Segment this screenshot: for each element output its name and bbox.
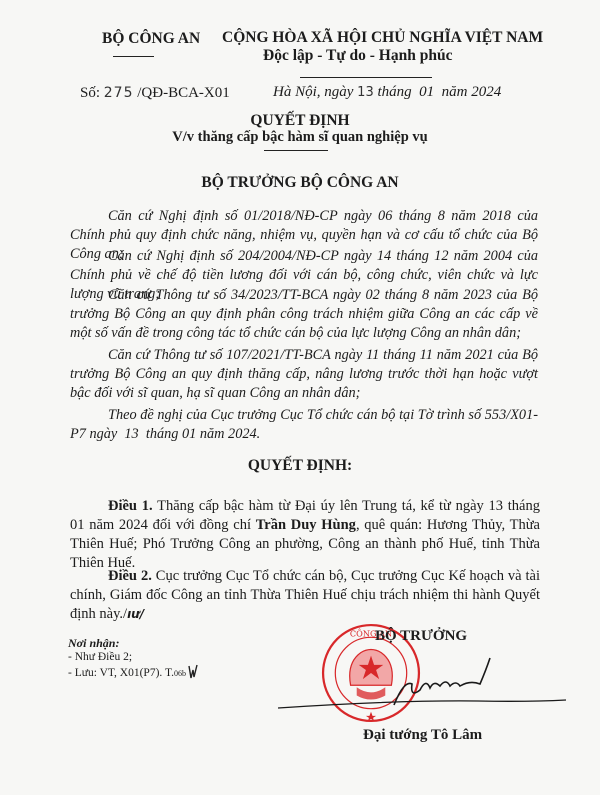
document-page: BỘ CÔNG AN CỘNG HÒA XÃ HỘI CHỦ NGHĨA VIỆ…	[0, 0, 600, 795]
preamble-text: Theo đề nghị của Cục trưởng Cục Tổ chức …	[70, 407, 538, 442]
signer-name: Đại tướng Tô Lâm	[363, 727, 482, 744]
issuing-organization: BỘ CÔNG AN	[102, 30, 200, 48]
article-label: Điều 2.	[108, 568, 152, 584]
recipient-code: 06b	[174, 669, 186, 678]
initials-signature-icon	[188, 664, 198, 680]
recipients-heading: Nơi nhận:	[68, 636, 198, 650]
issuing-authority: BỘ TRƯỞNG BỘ CÔNG AN	[0, 174, 600, 192]
article-1: Điều 1. Thăng cấp bậc hàm từ Đại úy lên …	[70, 497, 540, 573]
date-suffix: tháng 01 năm 2024	[374, 84, 502, 100]
preamble-text: Căn cứ Thông tư số 107/2021/TT-BCA ngày …	[70, 347, 538, 401]
preamble-paragraph: Căn cứ Thông tư số 107/2021/TT-BCA ngày …	[70, 346, 538, 403]
document-title: QUYẾT ĐỊNH	[0, 112, 600, 130]
recipient-item: - Lưu: VT, X01(P7). T.06b	[68, 664, 198, 681]
national-title: CỘNG HÒA XÃ HỘI CHỦ NGHĨA VIỆT NAM	[222, 29, 543, 47]
subject-underline	[264, 150, 328, 151]
decision-heading: QUYẾT ĐỊNH:	[0, 457, 600, 475]
preamble-text: Căn cứ Thông tư số 34/2023/TT-BCA ngày 0…	[70, 287, 538, 341]
preamble-paragraph: Căn cứ Thông tư số 34/2023/TT-BCA ngày 0…	[70, 286, 538, 343]
doc-number-prefix: Số:	[80, 85, 104, 101]
handwritten-mark: ıư/	[127, 607, 144, 621]
recipient-item: - Như Điều 2;	[68, 650, 198, 664]
doc-number-suffix: /QĐ-BCA-X01	[134, 85, 230, 101]
recipient-text: - Lưu: VT, X01(P7). T.	[68, 667, 174, 679]
signature-stroke-icon	[278, 696, 568, 714]
document-subject: V/v thăng cấp bậc hàm sĩ quan nghiệp vụ	[0, 129, 600, 146]
issue-date: Hà Nội, ngày 13 tháng 01 năm 2024	[273, 84, 501, 101]
article-2: Điều 2. Cục trưởng Cục Tổ chức cán bộ, C…	[70, 567, 540, 624]
preamble-paragraph: Theo đề nghị của Cục trưởng Cục Tổ chức …	[70, 406, 538, 444]
date-prefix: Hà Nội, ngày	[273, 84, 357, 100]
motto-underline	[300, 77, 432, 78]
article-label: Điều 1.	[108, 498, 153, 514]
recipients-block: Nơi nhận: - Như Điều 2; - Lưu: VT, X01(P…	[68, 636, 198, 681]
signer-title: BỘ TRƯỞNG	[375, 628, 467, 645]
national-motto: Độc lập - Tự do - Hạnh phúc	[263, 47, 452, 65]
date-day-handwritten: 13	[357, 85, 374, 100]
document-number: Số: 275 /QĐ-BCA-X01	[80, 85, 230, 102]
organization-underline	[113, 56, 154, 57]
doc-number-handwritten: 275	[104, 85, 134, 101]
promoted-person: Trần Duy Hùng	[256, 517, 356, 533]
